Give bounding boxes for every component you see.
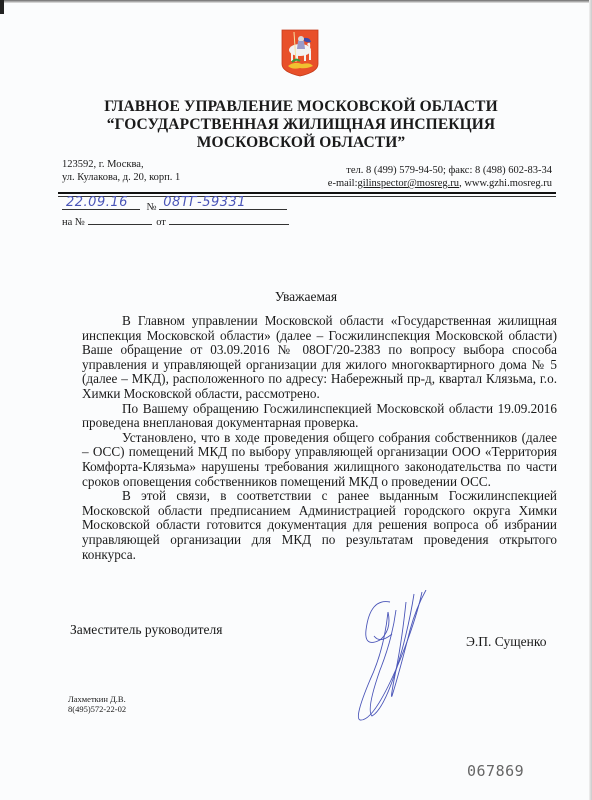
outgoing-date-field: 22.09.16 (62, 197, 140, 210)
letter-body: В Главном управлении Московской области … (82, 314, 557, 562)
header-divider-thick (58, 192, 556, 194)
handwritten-number: 08ТГ-59331 (163, 195, 246, 210)
email-prefix: e-mail: (328, 178, 358, 189)
reference-registration-row: на № от (62, 212, 289, 228)
organization-title: ГЛАВНОЕ УПРАВЛЕНИЕ МОСКОВСКОЙ ОБЛАСТИ “Г… (0, 98, 592, 152)
outgoing-number-field: 08ТГ-59331 (159, 197, 287, 210)
paragraph-4: В этой связи, в соответствии с ранее выд… (82, 489, 557, 562)
phone-fax: тел. 8 (499) 579-94-50; факс: 8 (498) 60… (328, 164, 552, 177)
reference-number-field (88, 212, 152, 225)
address-line-2: ул. Кулакова, д. 20, корп. 1 (62, 171, 180, 184)
salutation: Уважаемая (0, 289, 592, 305)
reference-number-label: на № (62, 217, 85, 228)
email-link[interactable]: gilinspector@mosreg.ru (358, 178, 460, 189)
outgoing-registration-row: 22.09.16 № 08ТГ-59331 (62, 197, 287, 213)
handwritten-signature-icon (330, 590, 460, 730)
signatory-name: Э.П. Сущенко (466, 634, 546, 650)
signatory-position: Заместитель руководителя (70, 622, 222, 638)
scan-edge-left (0, 0, 4, 14)
paragraph-3: Установлено, что в ходе проведения общег… (82, 431, 557, 489)
executor-name: Лахметкин Д.В. (68, 694, 126, 704)
paragraph-1: В Главном управлении Московской области … (82, 314, 557, 402)
handwritten-date: 22.09.16 (66, 195, 128, 210)
postal-address: 123592, г. Москва, ул. Кулакова, д. 20, … (62, 158, 180, 184)
org-title-line-2: “ГОСУДАРСТВЕННАЯ ЖИЛИЩНАЯ ИНСПЕКЦИЯ (10, 116, 592, 134)
org-title-line-3: МОСКОВСКОЙ ОБЛАСТИ” (10, 134, 592, 152)
executor-phone: 8(495)572-22-02 (68, 704, 126, 714)
org-title-line-1: ГЛАВНОЕ УПРАВЛЕНИЕ МОСКОВСКОЙ ОБЛАСТИ (10, 98, 592, 116)
address-line-1: 123592, г. Москва, (62, 158, 180, 171)
coat-of-arms-icon (280, 28, 320, 78)
executor-info: Лахметкин Д.В. 8(495)572-22-02 (68, 694, 126, 714)
contact-info: тел. 8 (499) 579-94-50; факс: 8 (498) 60… (328, 164, 552, 190)
paragraph-2: По Вашему обращению Госжилинспекцией Мос… (82, 402, 557, 431)
email-website-line: e-mail:gilinspector@mosreg.ru, www.gzhi.… (328, 177, 552, 190)
reference-from-label: от (156, 217, 166, 228)
scan-edge-top (0, 0, 592, 3)
website-link[interactable]: www.gzhi.mosreg.ru (464, 178, 552, 189)
serial-number: 067869 (467, 762, 524, 780)
reference-date-field (169, 212, 289, 225)
